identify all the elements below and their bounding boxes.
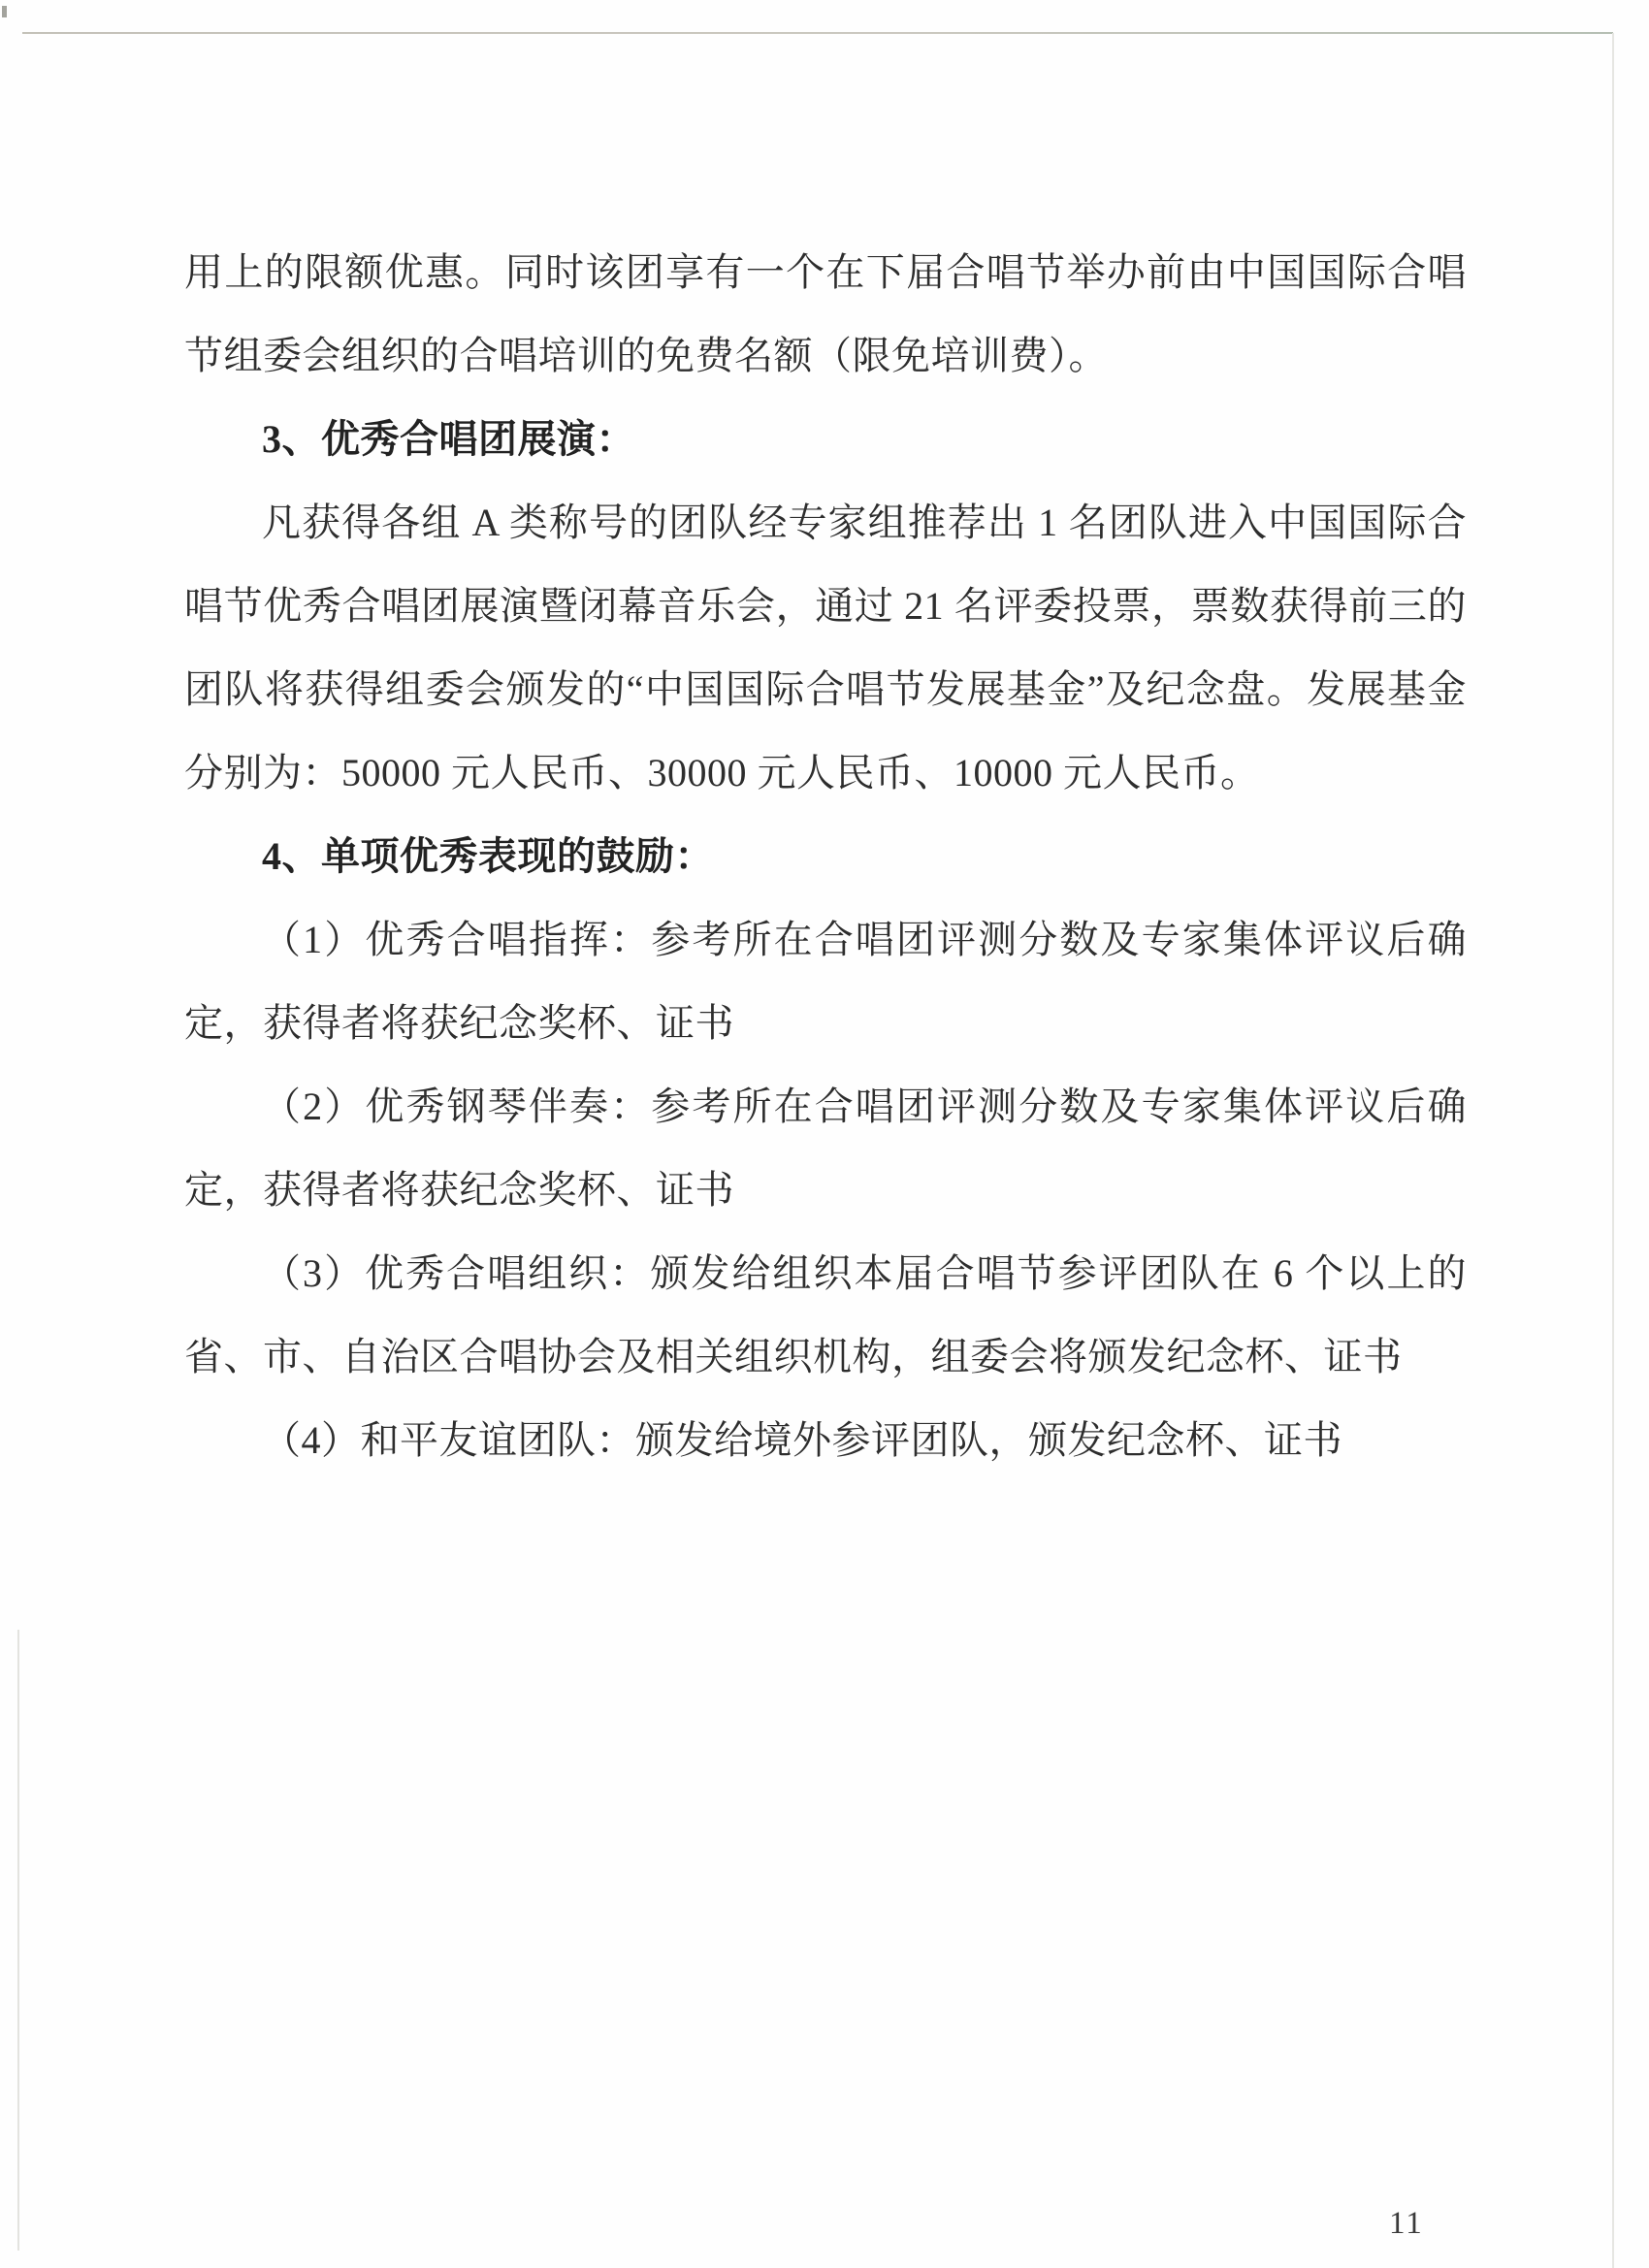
heading-section-3: 3、优秀合唱团展演：	[184, 398, 1467, 481]
document-body: 用上的限额优惠。同时该团享有一个在下届合唱节举办前由中国国际合唱节组委会组织的合…	[184, 231, 1467, 1482]
heading-section-4: 4、单项优秀表现的鼓励：	[184, 815, 1467, 898]
list-item-2: （2）优秀钢琴伴奏：参考所在合唱团评测分数及专家集体评议后确定，获得者将获纪念奖…	[184, 1065, 1467, 1232]
page-number: 11	[1389, 2204, 1424, 2243]
list-item-1: （1）优秀合唱指挥：参考所在合唱团评测分数及专家集体评议后确定，获得者将获纪念奖…	[184, 898, 1467, 1065]
scan-edge-left-line	[17, 1630, 19, 2251]
list-item-4: （4）和平友谊团队：颁发给境外参评团队，颁发纪念杯、证书	[184, 1399, 1467, 1482]
paragraph-section-3-body: 凡获得各组 A 类称号的团队经专家组推荐出 1 名团队进入中国国际合唱节优秀合唱…	[184, 481, 1467, 815]
scanned-document-page: 用上的限额优惠。同时该团享有一个在下届合唱节举办前由中国国际合唱节组委会组织的合…	[0, 0, 1649, 2268]
scan-edge-right-line	[1612, 33, 1614, 2268]
list-item-3: （3）优秀合唱组织：颁发给组织本届合唱节参评团队在 6 个以上的省、市、自治区合…	[184, 1232, 1467, 1399]
scan-edge-top-line	[22, 32, 1613, 34]
scan-corner-artifact	[2, 6, 7, 17]
paragraph-continuation: 用上的限额优惠。同时该团享有一个在下届合唱节举办前由中国国际合唱节组委会组织的合…	[184, 231, 1467, 398]
